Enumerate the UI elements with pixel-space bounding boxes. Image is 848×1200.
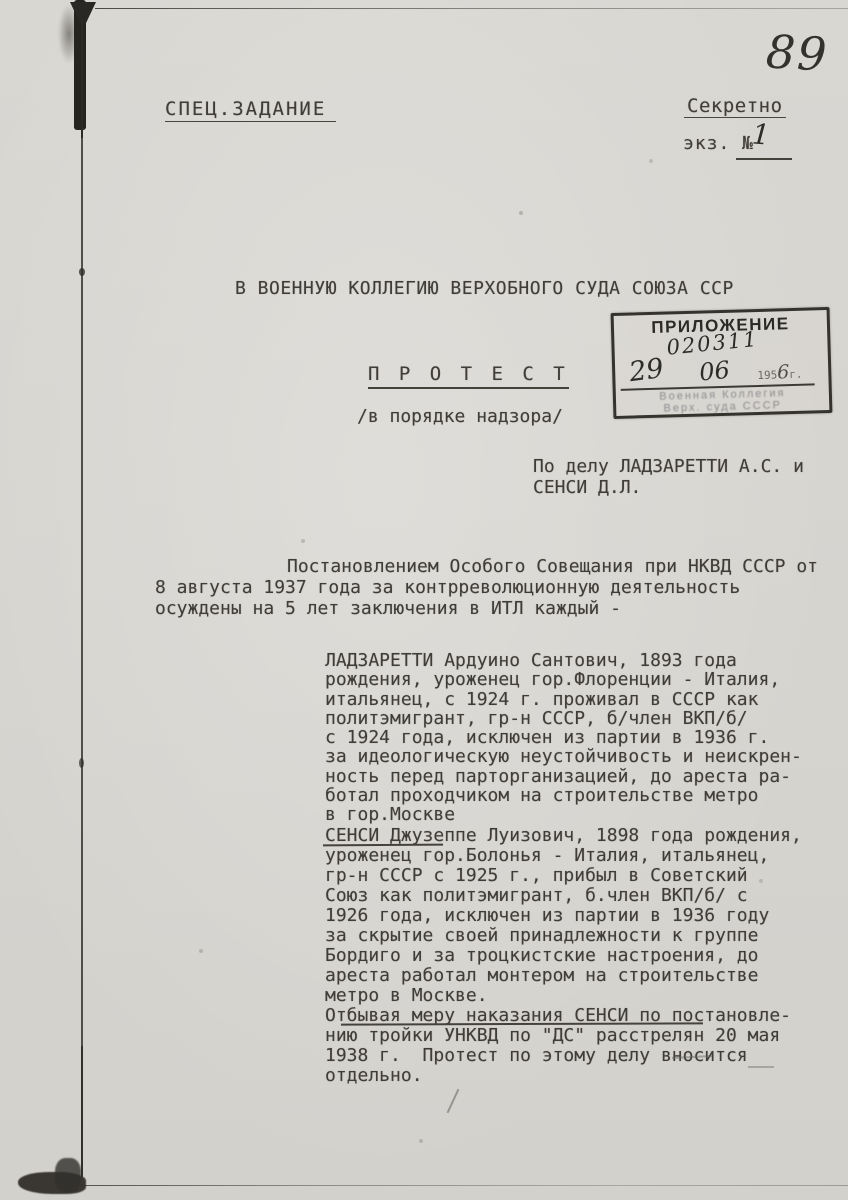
protest-title: П Р О Т Е С Т [368, 363, 569, 389]
case-reference: По делу ЛАДЗАРЕТТИ А.С. и СЕНСИ Д.Л. [533, 456, 804, 498]
scan-bottom-left-blob [55, 1158, 81, 1192]
sensi-block: СЕНСИ Джузеппе Луизович, 1898 года рожде… [325, 826, 802, 1086]
stamp-year: 1956г. [757, 361, 803, 384]
copy-number-handwritten: 1 [751, 117, 771, 151]
protest-subtitle: /в порядке надзора/ [357, 406, 563, 427]
copy-number-underline [736, 158, 792, 160]
stamp-year-prefix: 195 [757, 368, 777, 382]
scan-left-edge-knot [79, 268, 85, 276]
stamp-year-suffix: г. [789, 368, 803, 381]
lazzaretti-paragraph: ЛАДЗАРЕТТИ Ардуино Сантович, 1893 года р… [325, 651, 802, 825]
scan-top-edge-line [95, 8, 848, 9]
intro-paragraph: Постановлением Особого Совещания при НКВ… [155, 556, 818, 619]
sensi-paragraph: СЕНСИ Джузеппе Луизович, 1898 года рожде… [325, 826, 802, 1006]
stamp-year-digit-handwritten: 6 [777, 361, 790, 383]
stamp-date-day-handwritten: 29 [627, 353, 665, 388]
page-number-handwritten: 89 [765, 24, 830, 81]
copy-label: экз. № [683, 133, 754, 154]
pencil-dash-mark [748, 1066, 774, 1068]
header-spec-zadanie-label: СПЕЦ.ЗАДАНИЕ [165, 98, 336, 122]
addressee-line: В ВОЕННУЮ КОЛЛЕГИЮ ВЕРХОБНОГО СУДА СОЮЗА… [235, 278, 734, 299]
secrecy-label: Секретно [684, 95, 786, 118]
stamp-date-month-handwritten: 06 [698, 356, 731, 387]
document-page: 89 СПЕЦ.ЗАДАНИЕ Секретно экз. № 1 В ВОЕН… [0, 0, 848, 1200]
paper-speckles [0, 0, 2, 2]
scan-bottom-edge-line [78, 1185, 848, 1186]
pencil-slash-mark [447, 1089, 460, 1113]
sensi-note-paragraph: Отбывая меру наказания СЕНСИ по постанов… [325, 1006, 802, 1086]
scan-left-edge-knot [79, 758, 84, 768]
attachment-stamp: ПРИЛОЖЕНИЕ 020311 29 06 1956г. Военная К… [611, 307, 833, 419]
scan-left-edge-line [81, 18, 83, 1186]
